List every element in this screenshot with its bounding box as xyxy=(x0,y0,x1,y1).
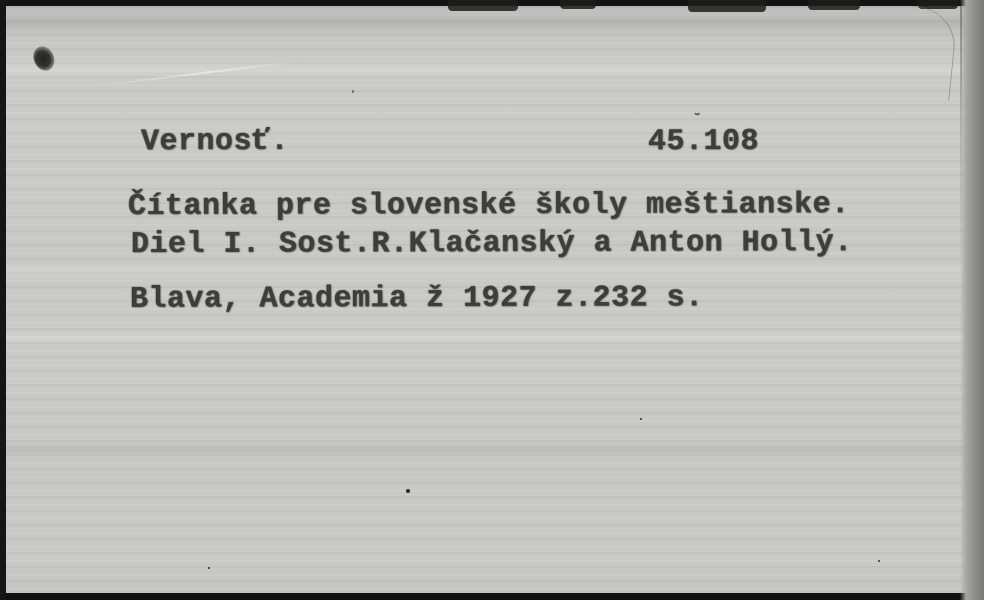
ink-blot xyxy=(29,43,58,74)
paper-speck xyxy=(878,560,880,562)
scan-edge-left xyxy=(0,0,6,600)
stray-typewriter-mark: ˘ xyxy=(693,112,701,128)
scan-edge-bump xyxy=(448,0,518,11)
card-title-line-1: Čítanka pre slovenské školy meštianske. xyxy=(128,190,850,222)
scan-band-dark-top xyxy=(0,10,984,36)
card-call-number: 45.108 xyxy=(648,127,759,157)
scan-band-dark xyxy=(0,443,984,455)
card-imprint-line: Blava, Academia ž 1927 z.232 s. xyxy=(130,283,704,315)
scanner-background-right xyxy=(960,0,984,600)
scan-edge-bottom xyxy=(0,593,984,600)
card-right-edge xyxy=(960,6,962,266)
paper-speck xyxy=(640,418,642,420)
scan-edge-bump xyxy=(560,0,596,9)
scan-edge-bump xyxy=(918,0,958,9)
scanned-catalog-card: Vernosť. 45.108 ˘ Čítanka pre slovenské … xyxy=(0,0,984,600)
scan-band-light xyxy=(0,330,984,346)
scan-band-light xyxy=(0,58,984,80)
card-title-line-2: Diel I. Sost.R.Klačanský a Anton Hollý. xyxy=(131,228,853,260)
scan-band-light xyxy=(0,262,984,280)
paper-speck xyxy=(406,489,410,493)
paper-speck xyxy=(352,90,354,93)
paper-speck xyxy=(208,567,210,569)
scan-edge-bump xyxy=(688,0,766,12)
crease-top-left xyxy=(96,59,310,87)
card-heading: Vernosť. xyxy=(141,127,289,157)
corner-crease-top-right xyxy=(902,6,958,101)
scan-edge-bump xyxy=(808,0,860,10)
